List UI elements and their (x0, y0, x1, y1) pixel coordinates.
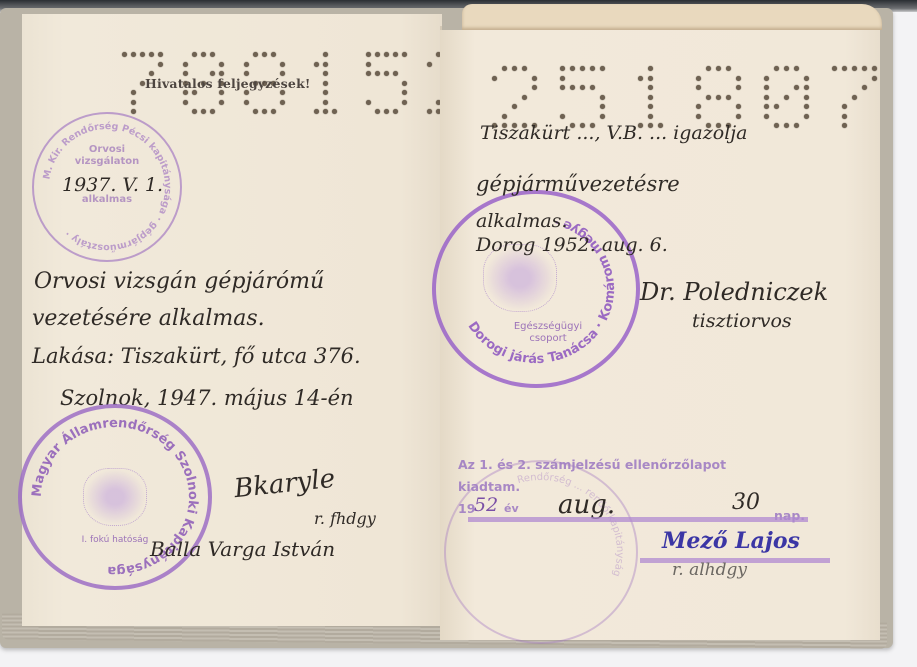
perforation-hole (696, 104, 701, 109)
note-line-2: gépjárművezetésre (476, 172, 680, 196)
perforation-hole (570, 66, 575, 71)
perforation-hole (696, 85, 701, 90)
perforation-hole (262, 109, 267, 114)
perforation-hole (393, 71, 398, 76)
perforation-hole (323, 71, 328, 76)
perforation-hole (794, 85, 799, 90)
note-line-2: vezetésére alkalmas. (32, 306, 265, 331)
perforation-hole (332, 109, 337, 114)
perforation-hole (219, 100, 224, 105)
perforation-hole (648, 76, 653, 81)
perforation-hole (862, 66, 867, 71)
svg-text:Rendőrség ... rendőrkapitánysá: Rendőrség ... rendőrkapitányság (516, 471, 626, 578)
perforation-hole (210, 109, 215, 114)
perforation-hole (314, 62, 319, 67)
perforation-hole (696, 114, 701, 119)
perforation-hole (183, 100, 188, 105)
perforation-hole (600, 114, 605, 119)
officer-signature-blue: Mező Lajos (662, 528, 800, 554)
perforation-hole (192, 52, 197, 57)
perforation-hole (402, 100, 407, 105)
perforation-hole (522, 95, 527, 100)
note-line-1: Tiszakürt ..., V.B. ... igazolja (480, 122, 748, 144)
perforation-hole (192, 109, 197, 114)
officer-title-grey: r. alhdgy (672, 560, 747, 580)
perforation-hole (158, 52, 163, 57)
perforation-hole (764, 104, 769, 109)
perforation-hole (638, 76, 643, 81)
perforation-hole (323, 109, 328, 114)
perforation-hole (726, 95, 731, 100)
perforation-hole (427, 109, 432, 114)
perforation-hole (706, 66, 711, 71)
perforation-hole (736, 104, 741, 109)
perforation-hole (706, 95, 711, 100)
perforation-hole (726, 66, 731, 71)
perforation-hole (384, 52, 389, 57)
perforation-hole (560, 85, 565, 90)
perforation-hole (804, 76, 809, 81)
perforation-hole (736, 85, 741, 90)
perforation-hole (201, 52, 206, 57)
perforation-hole (131, 90, 136, 95)
signature-title: r. fhdgy (314, 509, 376, 528)
perforation-hole (271, 52, 276, 57)
perforation-hole (764, 114, 769, 119)
perforation-hole (131, 100, 136, 105)
signature-name: Balla Varga István (150, 537, 335, 561)
perforation-hole (648, 66, 653, 71)
perforation-hole (502, 114, 507, 119)
perforation-hole (502, 66, 507, 71)
perforation-hole (804, 104, 809, 109)
perforation-hole (384, 71, 389, 76)
stamp-inner-text: I. fokú hatóság (82, 534, 149, 546)
perforation-hole (764, 85, 769, 90)
perforation-hole (219, 62, 224, 67)
perforation-hole (280, 62, 285, 67)
perforation-hole (784, 66, 789, 71)
perforation-hole (492, 76, 497, 81)
perforation-hole (580, 85, 585, 90)
perforation-hole (384, 109, 389, 114)
perforation-hole (794, 66, 799, 71)
perforation-hole (210, 52, 215, 57)
perforation-hole (832, 66, 837, 71)
perforation-hole (402, 52, 407, 57)
perforation-hole (366, 100, 371, 105)
stamp-inner-text: Egészségügyi csoport (504, 321, 592, 345)
perforation-hole (366, 52, 371, 57)
perforation-hole (323, 81, 328, 86)
perforation-hole (244, 62, 249, 67)
perforation-hole (512, 104, 517, 109)
typed-stamp-line-2: kiadtam. (458, 479, 520, 494)
perforation-hole (560, 66, 565, 71)
typed-stamp-year-prefix: 19 (458, 501, 475, 516)
perforation-hole (253, 52, 258, 57)
perforation-hole (784, 95, 789, 100)
perforation-hole (532, 85, 537, 90)
perforation-hole (804, 85, 809, 90)
right-page: Dorogi járás Tanácsa · Komárom megye · E… (440, 30, 880, 640)
coat-of-arms-emblem (83, 468, 147, 526)
perforation-hole (570, 85, 575, 90)
perforation-hole (402, 81, 407, 86)
booklet-page-flap (462, 4, 882, 30)
perforation-hole (852, 95, 857, 100)
perforation-hole (271, 109, 276, 114)
perforation-hole (600, 66, 605, 71)
perforation-hole (253, 109, 258, 114)
perforation-hole (140, 52, 145, 57)
note-line-3: alkalmas. (476, 210, 567, 232)
doctor-title: tisztiorvos (692, 310, 792, 332)
note-line-3-address: Lakása: Tiszakürt, fő utca 376. (32, 344, 361, 368)
perforation-hole (774, 123, 779, 128)
perforation-hole (149, 52, 154, 57)
perforation-hole (590, 85, 595, 90)
perforation-hole (804, 95, 809, 100)
perforation-hole (842, 114, 847, 119)
doctor-signature: Dr. Poledniczek (640, 278, 828, 306)
perforation-hole (158, 62, 163, 67)
left-page: Hivatalos feljegyzések! M. Kir. Rendőrsé… (22, 14, 442, 626)
perforation-hole (600, 95, 605, 100)
perforation-hole (842, 123, 847, 128)
typed-stamp-line-1: Az 1. és 2. számjelzésű ellenőrzőlapot (458, 457, 726, 472)
perforation-hole (580, 66, 585, 71)
perforation-hole (532, 76, 537, 81)
perforation-hole (560, 76, 565, 81)
perforation-hole (323, 62, 328, 67)
perforation-hole (842, 66, 847, 71)
perforation-hole (774, 66, 779, 71)
perforation-hole (764, 95, 769, 100)
perforation-hole (375, 52, 380, 57)
perforation-hole (736, 114, 741, 119)
perforation-hole (764, 76, 769, 81)
perforation-hole (201, 109, 206, 114)
typed-stamp-year-suffix: év (504, 502, 519, 515)
perforation-hole (804, 114, 809, 119)
handwritten-year: 52 (474, 494, 498, 516)
perforation-hole (716, 95, 721, 100)
perforation-hole (122, 52, 127, 57)
note-line-1: Orvosi vizsgán gépjárómű (34, 269, 324, 294)
perforation-hole (512, 66, 517, 71)
perforation-hole (131, 52, 136, 57)
perforation-hole (600, 104, 605, 109)
perforation-hole (736, 76, 741, 81)
printed-heading: Hivatalos feljegyzések! (145, 76, 311, 91)
perforation-hole (774, 104, 779, 109)
state-police-stamp: Magyar Államrendőrség Szolnoki Kapitánys… (18, 404, 212, 590)
perforation-hole (590, 66, 595, 71)
perforation-hole (366, 62, 371, 67)
perforation-hole (393, 109, 398, 114)
perforation-hole (648, 85, 653, 90)
perforation-hole (183, 62, 188, 67)
perforation-hole (427, 62, 432, 67)
perforation-hole (323, 90, 328, 95)
perforation-hole (794, 123, 799, 128)
perforation-hole (323, 52, 328, 57)
perforation-hole (872, 76, 877, 81)
perforation-hole (280, 100, 285, 105)
signature-scrawl: Bkaryle (233, 464, 337, 504)
perforation-hole (262, 52, 267, 57)
note-line-4-place-date: Dorog 1952. aug. 6. (476, 234, 668, 256)
perforation-hole (784, 123, 789, 128)
handwritten-month: aug. (558, 490, 615, 520)
handwritten-day: 30 (732, 490, 760, 515)
perforation-hole (402, 90, 407, 95)
perforation-hole (648, 104, 653, 109)
perforation-hole (648, 95, 653, 100)
perforation-hole (862, 85, 867, 90)
perforation-hole (375, 71, 380, 76)
strike-line (468, 517, 808, 522)
perforation-hole (323, 100, 328, 105)
perforation-hole (842, 104, 847, 109)
perforation-hole (696, 76, 701, 81)
perforation-hole (648, 114, 653, 119)
perforation-hole (375, 109, 380, 114)
perforation-hole (852, 66, 857, 71)
perforation-hole (366, 71, 371, 76)
perforation-hole (716, 66, 721, 71)
perforation-hole (393, 52, 398, 57)
stamp-date-handwritten: 1937. V. 1. (62, 174, 163, 196)
perforation-hole (244, 100, 249, 105)
perforation-hole (314, 109, 319, 114)
perforation-hole (872, 66, 877, 71)
perforation-hole (560, 114, 565, 119)
perforation-hole (522, 66, 527, 71)
